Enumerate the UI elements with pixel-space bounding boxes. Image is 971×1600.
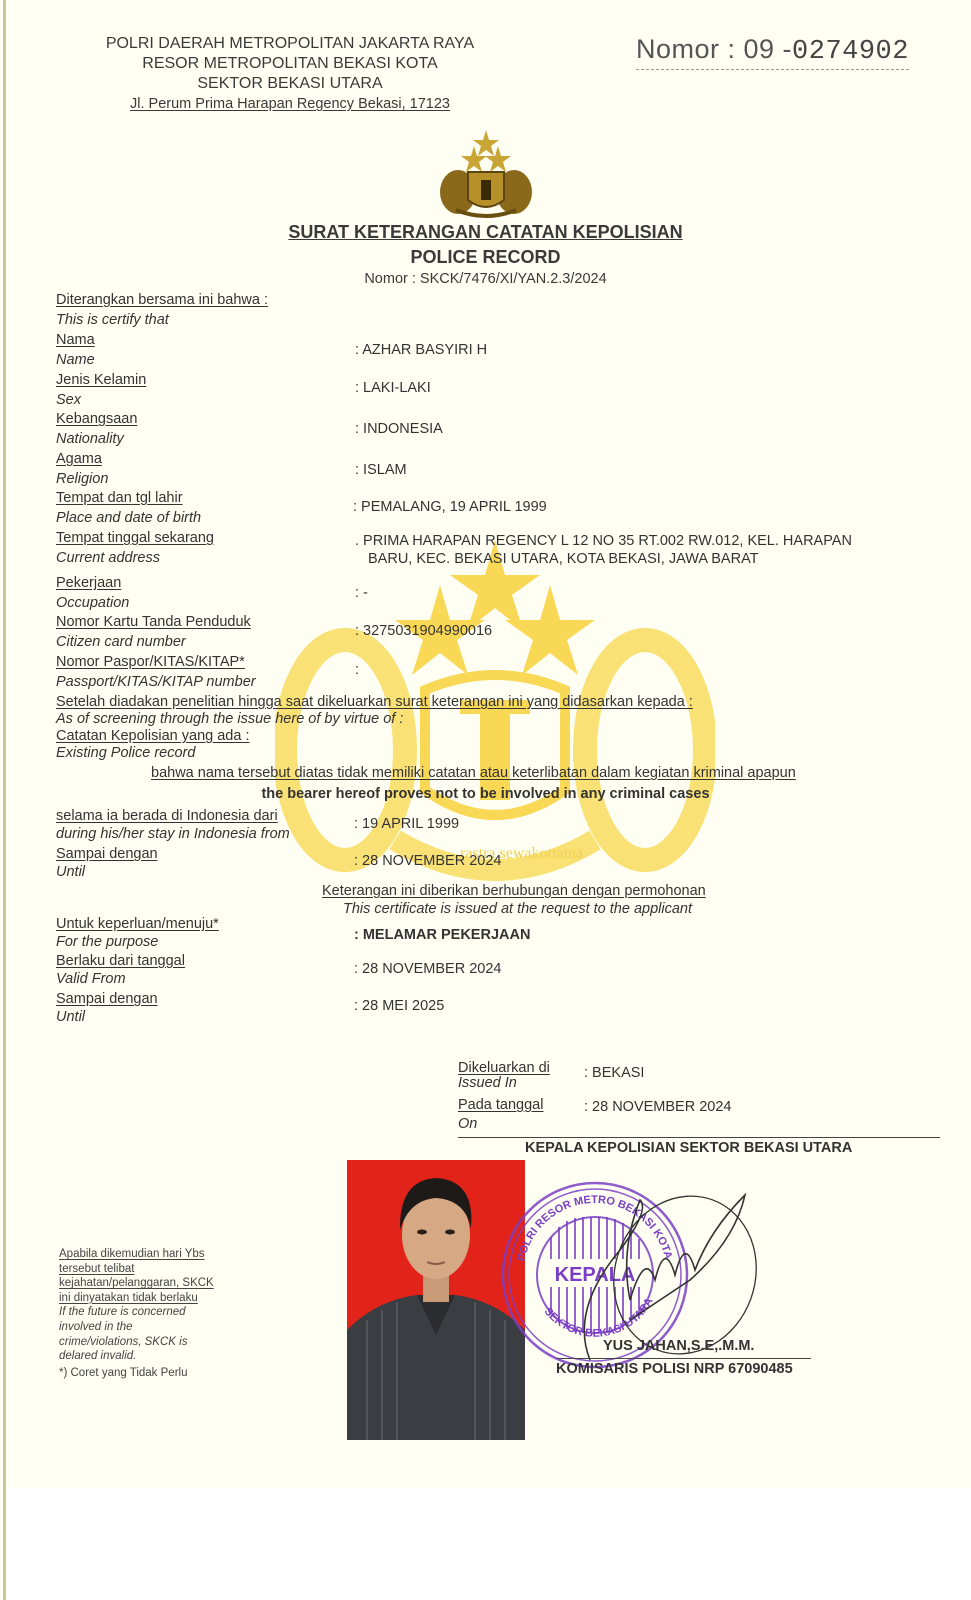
field-address-label-english: Current address	[56, 548, 160, 568]
issued-in-label: Dikeluarkan di	[458, 1061, 550, 1076]
header-line-3: SEKTOR BEKASI UTARA	[60, 74, 520, 94]
field-sex-value: : LAKI-LAKI	[355, 380, 431, 396]
signatory-name: YUS JAHAN,S.E,.M.M.	[603, 1338, 754, 1354]
field-id-card-label-english: Citizen card number	[56, 632, 186, 652]
stay-until-label: Sampai dengan	[56, 844, 158, 864]
stay-from-label-english: during his/her stay in Indonesia from	[56, 824, 290, 844]
field-passport-label: Nomor Paspor/KITAS/KITAP*	[56, 652, 245, 672]
valid-from-label: Berlaku dari tanggal	[56, 951, 185, 971]
page-margin	[6, 1488, 971, 1600]
signatory-office: KEPALA KEPOLISIAN SEKTOR BEKASI UTARA	[525, 1140, 852, 1156]
stay-until-label-english: Until	[56, 862, 85, 882]
purpose-label-english: For the purpose	[56, 932, 158, 952]
intro-label: Diterangkan bersama ini bahwa :	[56, 290, 268, 310]
police-emblem-icon	[436, 128, 536, 220]
serial-label: Nomor : 09 -	[636, 34, 792, 64]
footnote: *) Coret yang Tidak Perlu	[59, 1366, 239, 1381]
intro-label-english: This is certify that	[56, 310, 169, 330]
field-sex-label-english: Sex	[56, 390, 81, 410]
document-title-english: POLICE RECORD	[0, 247, 971, 268]
valid-until-value: : 28 MEI 2025	[354, 998, 444, 1014]
field-occupation-label-english: Occupation	[56, 593, 129, 613]
field-name-value: : AZHAR BASYIRI H	[355, 342, 487, 358]
issued-in-value: : BEKASI	[584, 1065, 644, 1081]
field-address-label: Tempat tinggal sekarang	[56, 528, 214, 548]
field-address-value: . PRIMA HARAPAN REGENCY L 12 NO 35 RT.00…	[355, 533, 852, 549]
field-nationality-label: Kebangsaan	[56, 409, 137, 429]
field-passport-value: :	[355, 662, 359, 678]
signatory-name-underline	[557, 1358, 811, 1359]
document-title: SURAT KETERANGAN CATATAN KEPOLISIAN	[0, 222, 971, 243]
issued-on-label-english: On	[458, 1114, 477, 1134]
clean-record-statement: bahwa nama tersebut diatas tidak memilik…	[151, 763, 796, 783]
header-address: Jl. Perum Prima Harapan Regency Bekasi, …	[60, 94, 520, 114]
field-occupation-value: : -	[355, 585, 368, 601]
serial-value: 0274902	[792, 37, 909, 67]
validity-note-english: If the future is concerned involved in t…	[59, 1305, 209, 1363]
stay-until-value: : 28 NOVEMBER 2024	[354, 853, 502, 869]
field-id-card-value: : 3275031904990016	[355, 623, 492, 639]
document-number: Nomor : SKCK/7476/XI/YAN.2.3/2024	[0, 271, 971, 287]
serial-number: Nomor : 09 -0274902	[636, 34, 909, 70]
request-statement: Keterangan ini diberikan berhubungan den…	[322, 881, 706, 901]
request-statement-english: This certificate is issued at the reques…	[343, 899, 692, 919]
issuing-office-header: POLRI DAERAH METROPOLITAN JAKARTA RAYA R…	[60, 34, 520, 114]
field-occupation-label: Pekerjaan	[56, 573, 121, 593]
field-birth-value: : PEMALANG, 19 APRIL 1999	[353, 499, 547, 515]
field-name-label: Nama	[56, 330, 95, 350]
field-passport-label-english: Passport/KITAS/KITAP number	[56, 672, 256, 692]
header-line-1: POLRI DAERAH METROPOLITAN JAKARTA RAYA	[60, 34, 520, 54]
issued-in-label-english: Issued In	[458, 1076, 517, 1091]
purpose-value: : MELAMAR PEKERJAAN	[354, 927, 530, 943]
stay-from-value: : 19 APRIL 1999	[354, 816, 459, 832]
field-religion-label: Agama	[56, 449, 102, 469]
signature-divider	[458, 1137, 940, 1138]
valid-until-label-english: Until	[56, 1007, 85, 1027]
field-birth-label-english: Place and date of birth	[56, 508, 201, 528]
header-line-2: RESOR METROPOLITAN BEKASI KOTA	[60, 54, 520, 74]
validity-note: Apabila dikemudian hari Ybs tersebut tel…	[59, 1247, 239, 1380]
valid-from-value: : 28 NOVEMBER 2024	[354, 961, 502, 977]
field-nationality-value: : INDONESIA	[355, 421, 443, 437]
purpose-label: Untuk keperluan/menuju*	[56, 914, 219, 934]
field-id-card-label: Nomor Kartu Tanda Penduduk	[56, 612, 251, 632]
field-religion-value: : ISLAM	[355, 462, 407, 478]
record-label-english: Existing Police record	[56, 743, 195, 763]
validity-note-text: Apabila dikemudian hari Ybs tersebut tel…	[59, 1247, 219, 1305]
stay-from-label: selama ia berada di Indonesia dari	[56, 806, 278, 826]
field-nationality-label-english: Nationality	[56, 429, 124, 449]
valid-from-label-english: Valid From	[56, 969, 126, 989]
valid-until-label: Sampai dengan	[56, 989, 158, 1009]
issued-on-value: : 28 NOVEMBER 2024	[584, 1099, 732, 1115]
field-address-value-line2: BARU, KEC. BEKASI UTARA, KOTA BEKASI, JA…	[368, 551, 759, 567]
signatory-rank: KOMISARIS POLISI NRP 67090485	[556, 1361, 793, 1377]
field-birth-label: Tempat dan tgl lahir	[56, 488, 183, 508]
field-name-label-english: Name	[56, 350, 95, 370]
issued-on-label: Pada tanggal	[458, 1095, 543, 1115]
field-sex-label: Jenis Kelamin	[56, 370, 146, 390]
clean-record-statement-english: the bearer hereof proves not to be invol…	[0, 784, 971, 804]
field-religion-label-english: Religion	[56, 469, 108, 489]
